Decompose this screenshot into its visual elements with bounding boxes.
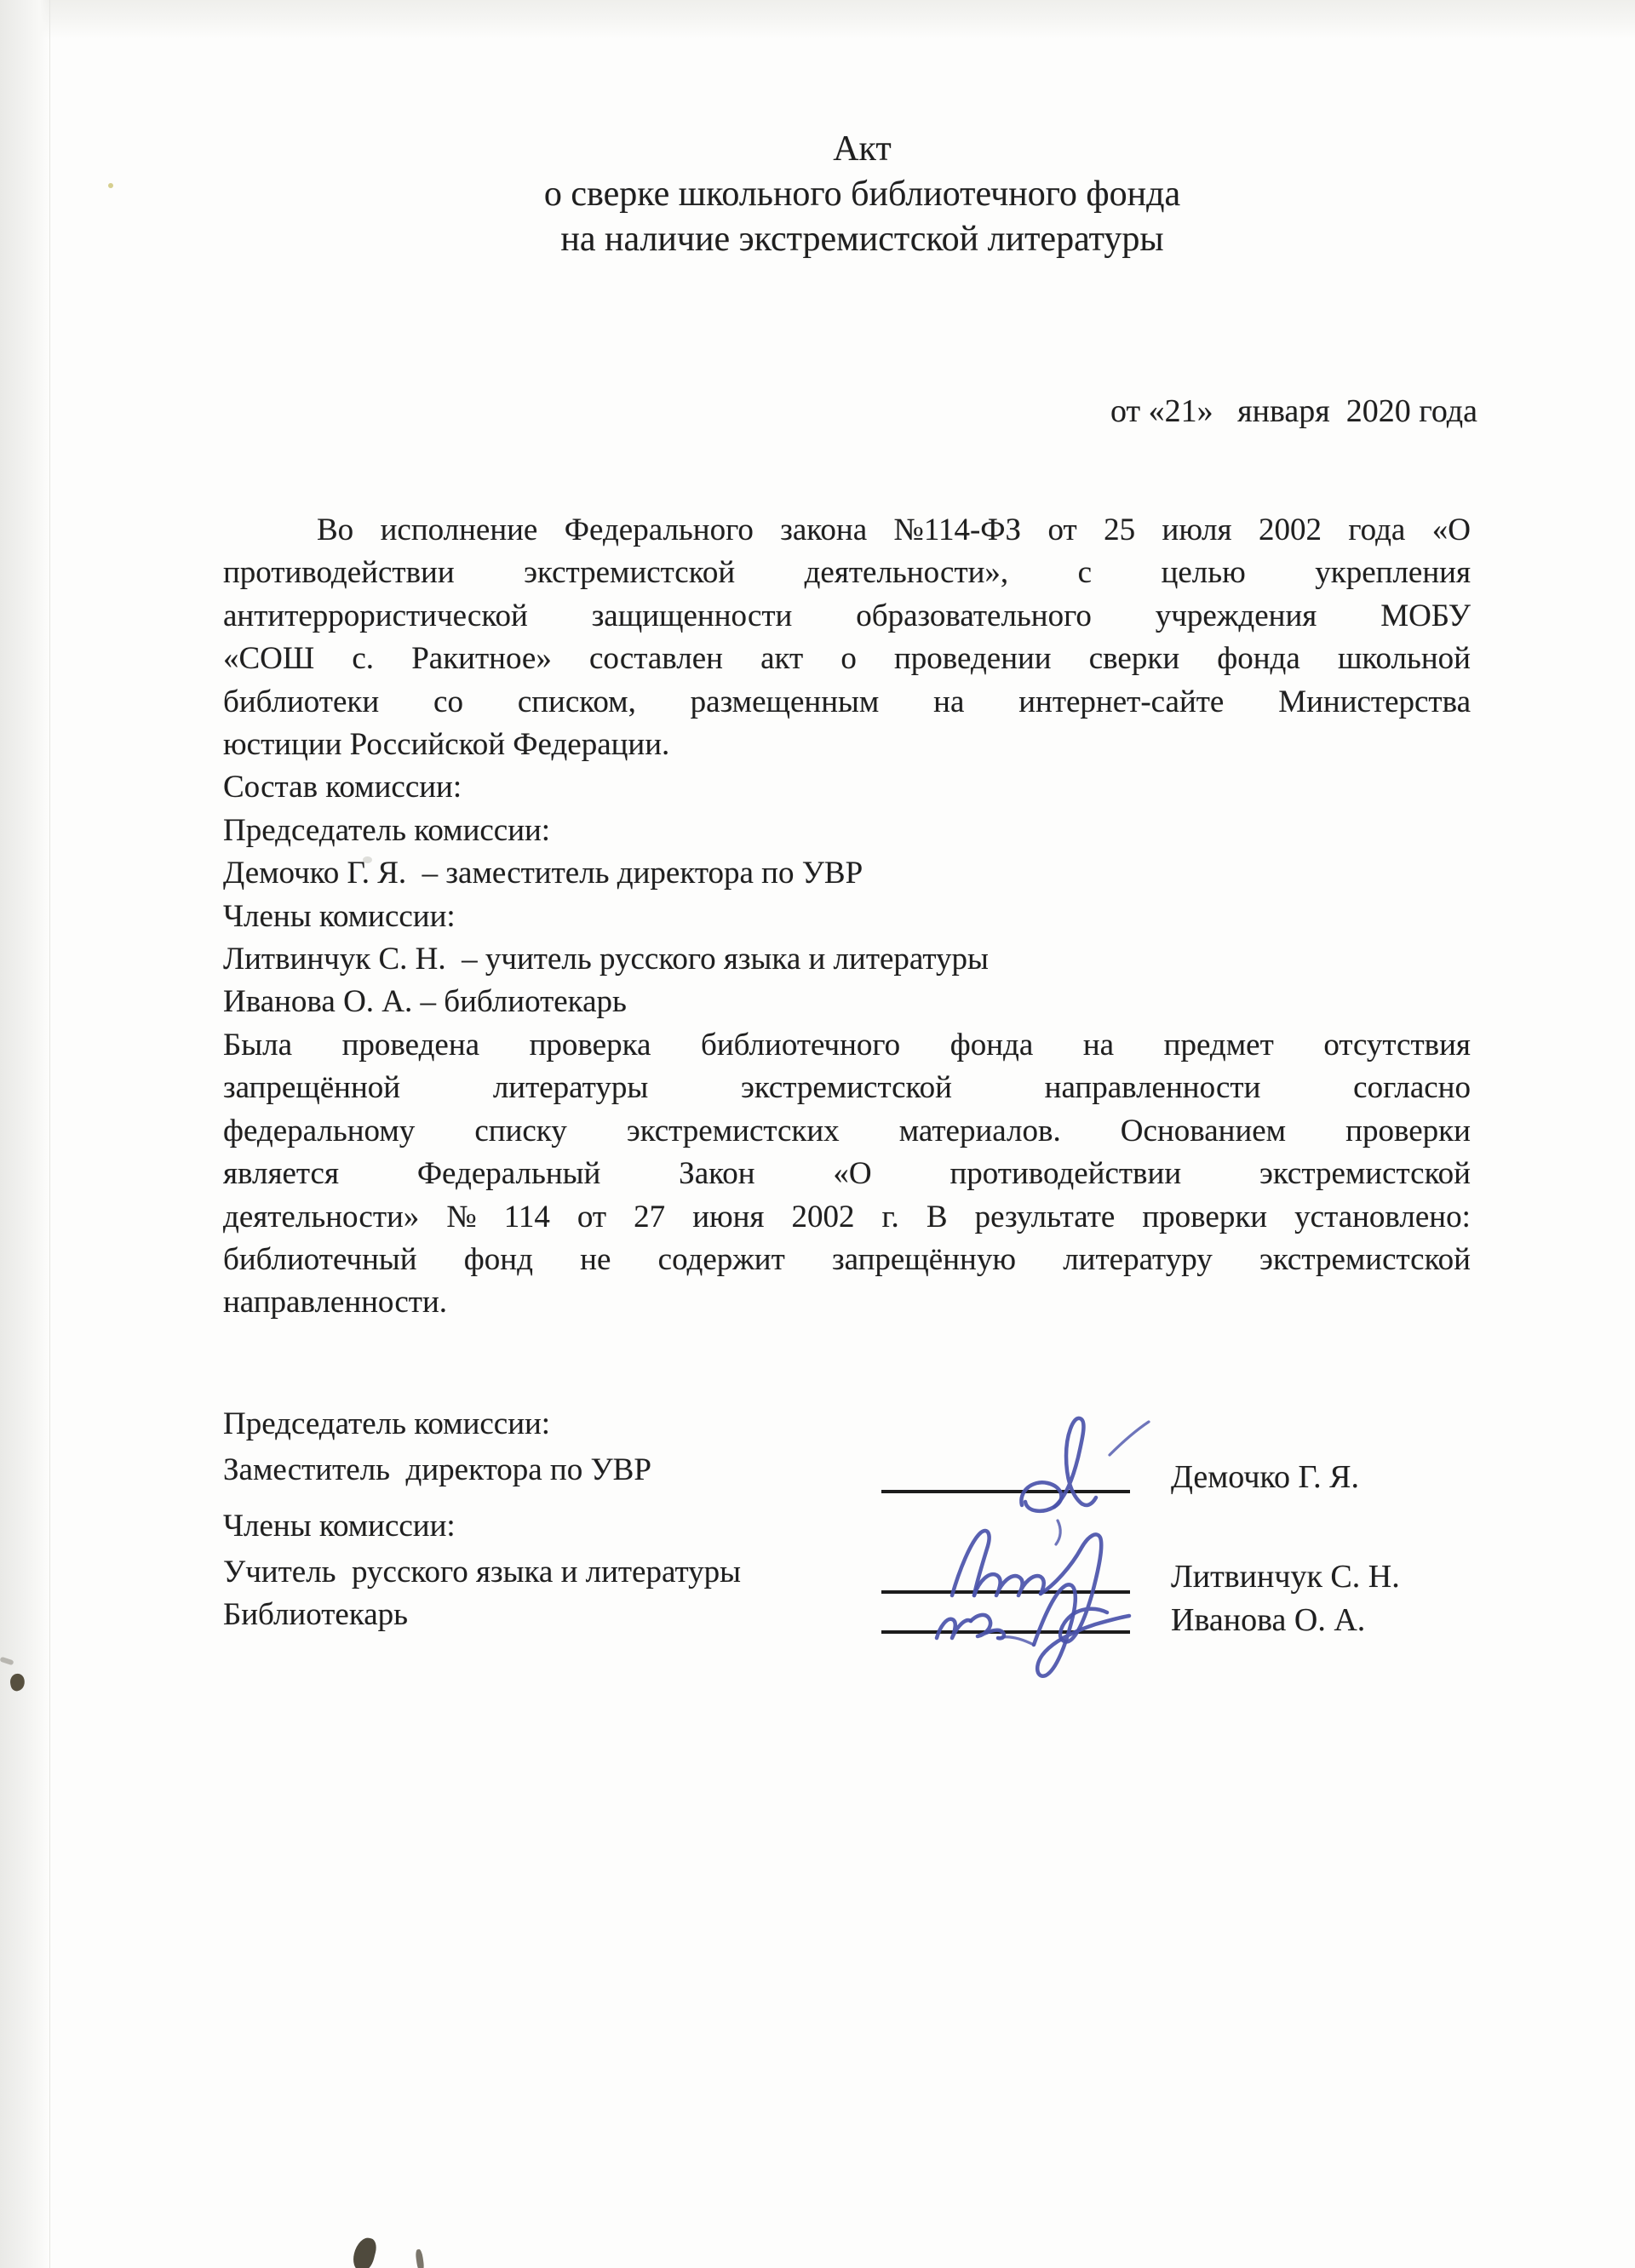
document-body: ВоисполнениеФедеральногозакона№114-ФЗот2… xyxy=(223,509,1471,1325)
scanned-document-page: Акто сверке школьного библиотечного фонд… xyxy=(0,0,1635,2268)
text-line: юстиции Российской Федерации. xyxy=(223,724,1471,766)
text-line: Председатель комиссии: xyxy=(223,810,1471,852)
scan-edge-left xyxy=(0,0,50,2268)
text-line: антитеррористическойзащищенностиобразова… xyxy=(223,595,1471,638)
text-line: направленности. xyxy=(223,1281,1471,1324)
scan-speck xyxy=(363,856,372,863)
scan-speck xyxy=(108,183,113,188)
text-line: противодействииэкстремистскойдеятельност… xyxy=(223,552,1471,594)
text-line: Былапроведенапроверкабиблиотечногофондан… xyxy=(223,1024,1471,1067)
text-line: Иванова О. А. – библиотекарь xyxy=(223,981,1471,1023)
scan-edge-top xyxy=(0,0,1635,39)
text-line: библиотекисосписком,размещеннымнаинтерне… xyxy=(223,681,1471,724)
text-line: Члены комиссии: xyxy=(223,896,1471,938)
text-line: федеральномуспискуэкстремистскихматериал… xyxy=(223,1110,1471,1153)
chairman-name: Демочко Г. Я. xyxy=(1171,1456,1359,1498)
text-line: Состав комиссии: xyxy=(223,766,1471,809)
scan-speck xyxy=(351,2236,379,2268)
text-line: «СОШс.Ракитное»составленактопроведениисв… xyxy=(223,638,1471,680)
scan-speck xyxy=(415,2249,425,2268)
commission-list: Состав комиссии:Председатель комиссии:Де… xyxy=(223,766,1471,1023)
member2-role-label: Библиотекарь xyxy=(223,1594,408,1636)
text-line: деятельности»№114от27июня2002г.Врезульта… xyxy=(223,1196,1471,1239)
text-line: Литвинчук С. Н. – учитель русского языка… xyxy=(223,938,1471,981)
signature-demochko-ink xyxy=(1021,1418,1149,1544)
document-date: от «21» января 2020 года xyxy=(1110,390,1477,432)
text-line: ВоисполнениеФедеральногозакона№114-ФЗот2… xyxy=(223,509,1471,552)
text-line: Демочко Г. Я. – заместитель директора по… xyxy=(223,852,1471,895)
chairman-heading: Председатель комиссии: xyxy=(223,1403,550,1446)
chairman-role-label: Заместитель директора по УВР xyxy=(223,1449,651,1492)
member1-role-label: Учитель русского языка и литературы xyxy=(223,1551,741,1594)
handwritten-signatures-ink xyxy=(894,1396,1192,1694)
text-line: о сверке школьного библиотечного фонда xyxy=(254,172,1471,217)
paragraph-legal-basis: ВоисполнениеФедеральногозакона№114-ФЗот2… xyxy=(223,509,1471,766)
text-line: Акт xyxy=(254,127,1471,172)
text-line: библиотечныйфонднесодержитзапрещённуюлит… xyxy=(223,1239,1471,1281)
signature-litvinchuk-ink xyxy=(952,1531,1107,1641)
members-heading: Члены комиссии: xyxy=(223,1505,456,1548)
document-title: Акто сверке школьного библиотечного фонд… xyxy=(223,127,1471,262)
text-line: являетсяФедеральныйЗакон«Опротиводействи… xyxy=(223,1153,1471,1195)
text-line: запрещённойлитературыэкстремистскойнапра… xyxy=(223,1067,1471,1109)
member2-name: Иванова О. А. xyxy=(1171,1599,1365,1641)
member1-name: Литвинчук С. Н. xyxy=(1171,1555,1400,1598)
signature-ivanova-ink xyxy=(937,1584,1129,1675)
text-line: на наличие экстремистской литературы xyxy=(254,217,1471,262)
paragraph-check-result: Былапроведенапроверкабиблиотечногофондан… xyxy=(223,1024,1471,1325)
